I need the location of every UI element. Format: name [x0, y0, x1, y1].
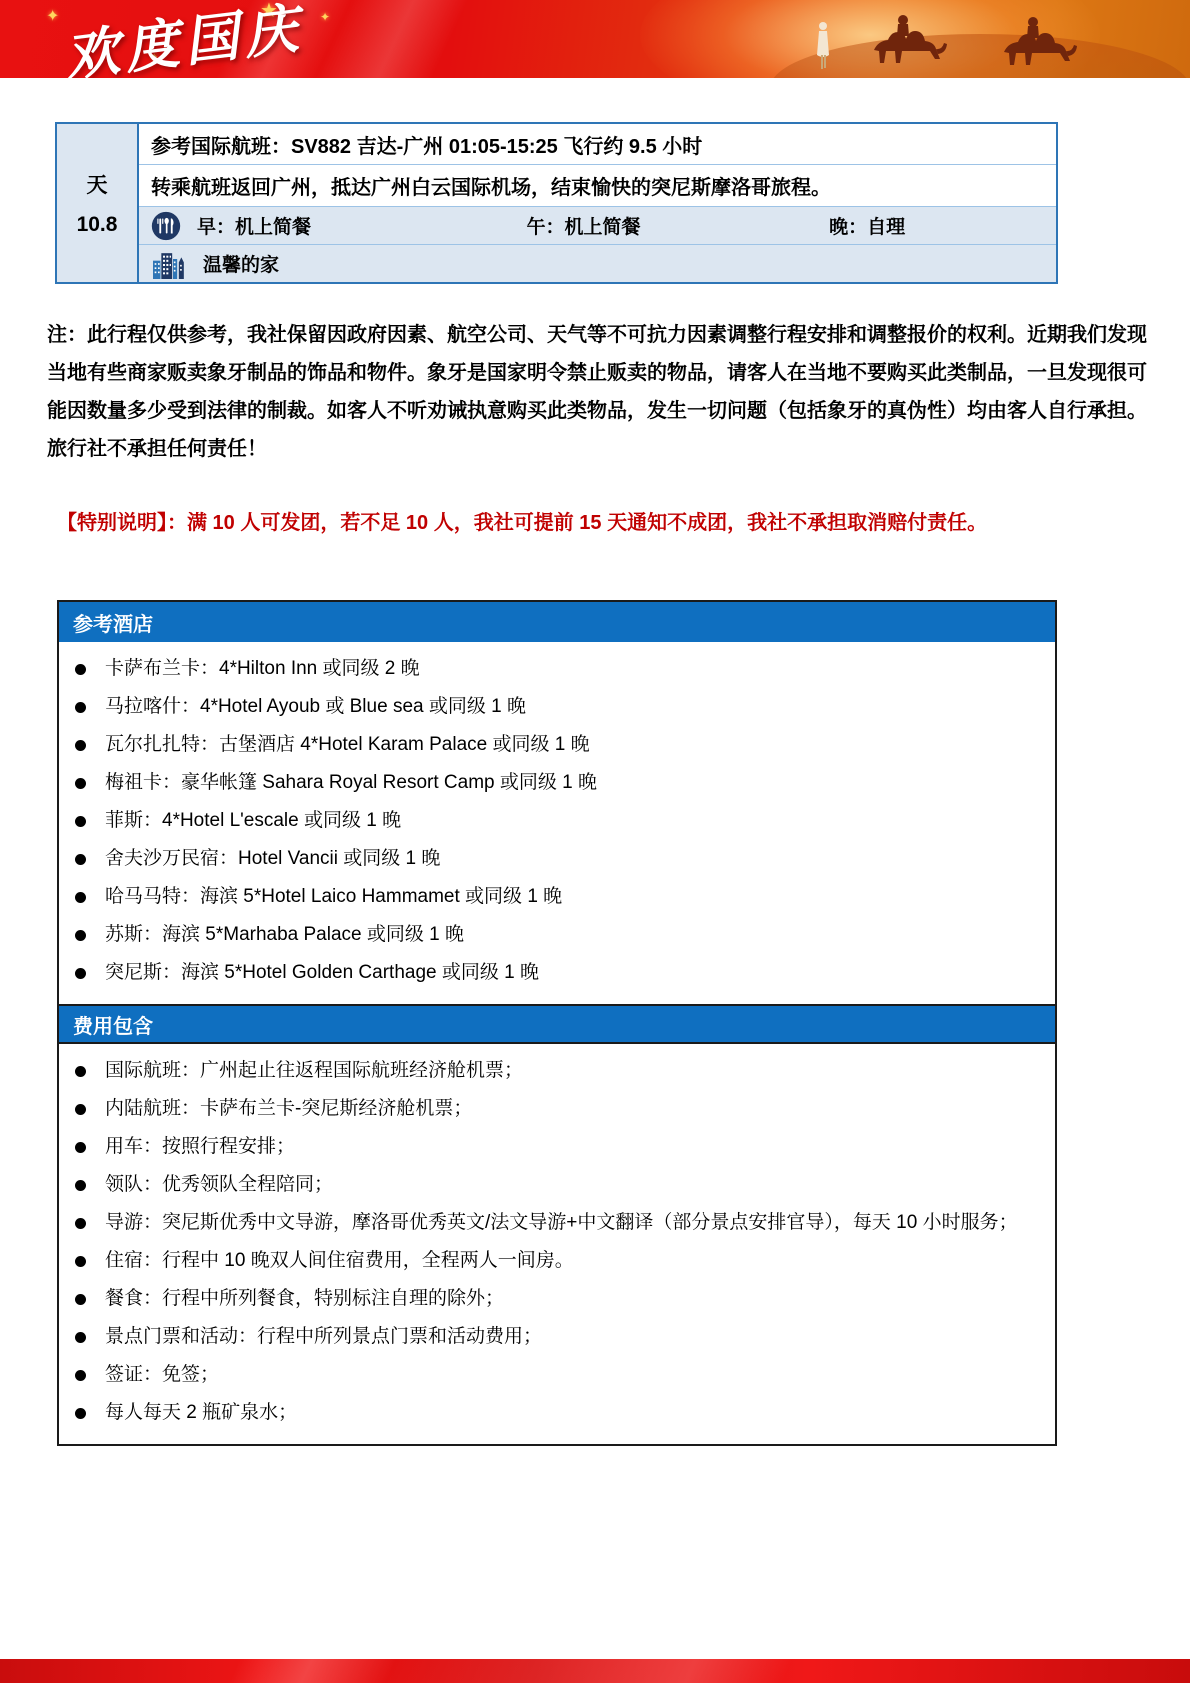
- sections-box: 参考酒店 卡萨布兰卡：4*Hilton Inn 或同级 2 晚 马拉喀什：4*H…: [57, 600, 1057, 1446]
- festive-banner: ✦ ✦ ✦ ★ 欢度国庆: [0, 0, 1190, 78]
- list-item: 领队：优秀领队全程陪同；: [59, 1166, 1045, 1204]
- hotel-buildings-icon: [151, 249, 185, 279]
- meal-breakfast: 早：机上简餐: [197, 212, 518, 239]
- hotel-row: 温馨的家: [139, 244, 1056, 282]
- footer-ribbon-sheen: [0, 1659, 1190, 1683]
- day-description-text: 转乘航班返回广州，抵达广州白云国际机场，结束愉快的突尼斯摩洛哥旅程。: [151, 171, 831, 200]
- list-item: 签证：免签；: [59, 1356, 1045, 1394]
- list-item: 国际航班：广州起止往返程国际航班经济舱机票；: [59, 1052, 1045, 1090]
- list-item: 突尼斯：海滨 5*Hotel Golden Carthage 或同级 1 晚: [59, 954, 1045, 992]
- list-item: 舍夫沙万民宿：Hotel Vancii 或同级 1 晚: [59, 840, 1045, 878]
- flight-info-row: 参考国际航班：SV882 吉达-广州 01:05-15:25 飞行约 9.5 小…: [139, 124, 1056, 164]
- meals-icon: [151, 211, 181, 241]
- list-item: 卡萨布兰卡：4*Hilton Inn 或同级 2 晚: [59, 650, 1045, 688]
- itinerary-table: 天 10.8 参考国际航班：SV882 吉达-广州 01:05-15:25 飞行…: [55, 122, 1058, 284]
- list-item: 哈马马特：海滨 5*Hotel Laico Hammamet 或同级 1 晚: [59, 878, 1045, 916]
- desert-walker-icon: [814, 20, 832, 77]
- day-description-row: 转乘航班返回广州，抵达广州白云国际机场，结束愉快的突尼斯摩洛哥旅程。: [139, 164, 1056, 206]
- day-cell: 天 10.8: [57, 124, 139, 282]
- footer-ribbon: [0, 1659, 1190, 1683]
- travel-itinerary-page: ✦ ✦ ✦ ★ 欢度国庆: [0, 0, 1190, 1683]
- list-item: 导游：突尼斯优秀中文导游，摩洛哥优秀英文/法文导游+中文翻译（部分景点安排官导）…: [59, 1204, 1045, 1242]
- hotel-text: 温馨的家: [203, 250, 279, 277]
- list-item: 苏斯：海滨 5*Marhaba Palace 或同级 1 晚: [59, 916, 1045, 954]
- list-item: 内陆航班：卡萨布兰卡-突尼斯经济舱机票；: [59, 1090, 1045, 1128]
- list-item: 餐食：行程中所列餐食，特别标注自理的除外；: [59, 1280, 1045, 1318]
- included-section-header: 费用包含: [59, 1004, 1055, 1044]
- sparkle-icon: ✦: [46, 6, 59, 26]
- meal-lunch: 午：机上简餐: [526, 212, 821, 239]
- list-item: 梅祖卡：豪华帐篷 Sahara Royal Resort Camp 或同级 1 …: [59, 764, 1045, 802]
- list-item: 瓦尔扎扎特：古堡酒店 4*Hotel Karam Palace 或同级 1 晚: [59, 726, 1045, 764]
- meal-dinner: 晚：自理: [829, 212, 1044, 239]
- special-note: 【特别说明】：满 10 人可发团，若不足 10 人，我社可提前 15 天通知不成…: [57, 506, 1147, 535]
- list-item: 每人每天 2 瓶矿泉水；: [59, 1394, 1045, 1432]
- hotels-section-header: 参考酒店: [59, 602, 1055, 642]
- list-item: 用车：按照行程安排；: [59, 1128, 1045, 1166]
- camel-caravan-icon: [854, 8, 1154, 78]
- list-item: 马拉喀什：4*Hotel Ayoub 或 Blue sea 或同级 1 晚: [59, 688, 1045, 726]
- list-item: 住宿：行程中 10 晚双人间住宿费用，全程两人一间房。: [59, 1242, 1045, 1280]
- list-item: 菲斯：4*Hotel L'escale 或同级 1 晚: [59, 802, 1045, 840]
- banner-title: 欢度国庆: [60, 0, 308, 78]
- day-date: 10.8: [77, 213, 118, 237]
- sparkle-icon: ✦: [320, 10, 330, 24]
- hotel-list: 卡萨布兰卡：4*Hilton Inn 或同级 2 晚 马拉喀什：4*Hotel …: [59, 642, 1055, 1004]
- list-item: 景点门票和活动：行程中所列景点门票和活动费用；: [59, 1318, 1045, 1356]
- included-list: 国际航班：广州起止往返程国际航班经济舱机票； 内陆航班：卡萨布兰卡-突尼斯经济舱…: [59, 1044, 1055, 1444]
- meals-row: 早：机上简餐 午：机上简餐 晚：自理: [139, 206, 1056, 244]
- notice-paragraph: 注：此行程仅供参考，我社保留因政府因素、航空公司、天气等不可抗力因素调整行程安排…: [47, 316, 1147, 468]
- flight-info-text: 参考国际航班：SV882 吉达-广州 01:05-15:25 飞行约 9.5 小…: [151, 130, 702, 159]
- day-label: 天: [87, 169, 108, 199]
